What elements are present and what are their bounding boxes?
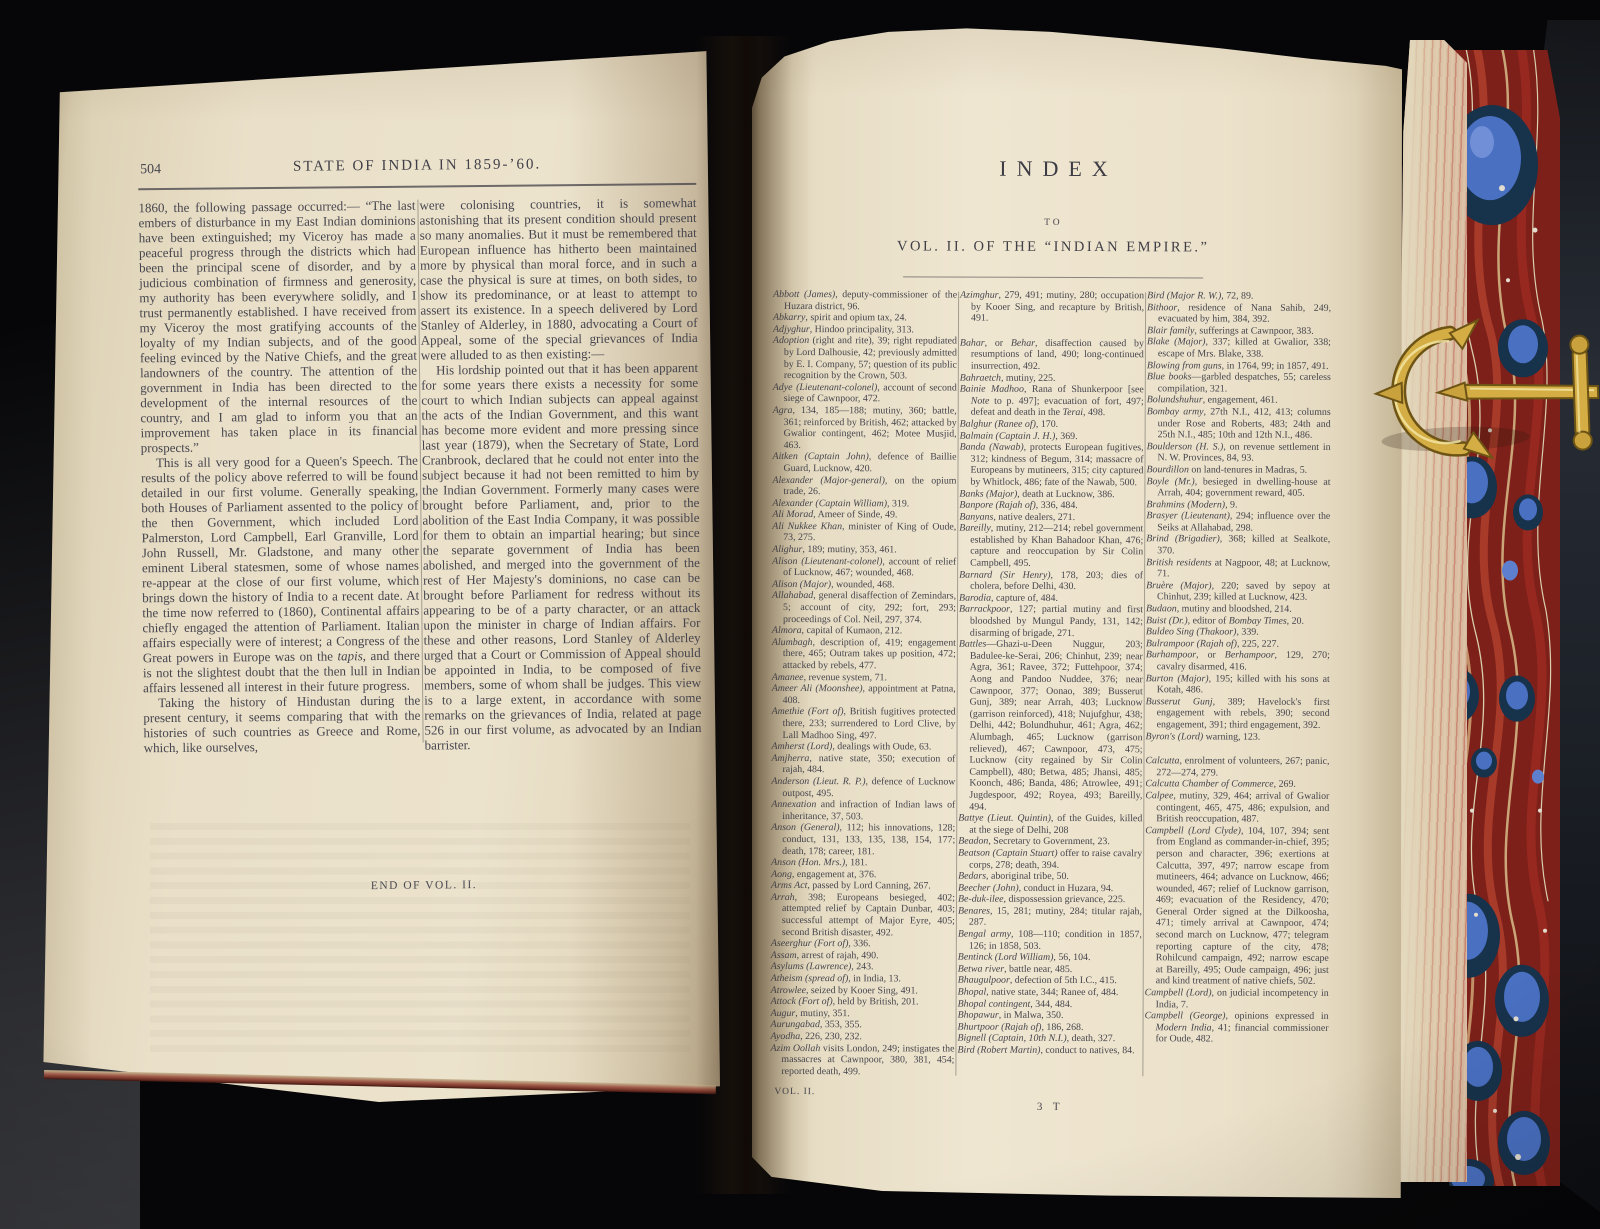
index-columns: Abbott (James), deputy-commissioner of t… bbox=[770, 289, 1333, 1079]
photo-open-antique-book: 504 STATE OF INDIA IN 1859-’60. 1860, th… bbox=[0, 0, 1600, 1229]
index-entry: Bhopal contingent, 344, 484. bbox=[958, 998, 1142, 1010]
index-entry: Balmain (Captain J. H.), 369. bbox=[960, 430, 1144, 442]
index-entry: Amanee, revenue system, 71. bbox=[772, 672, 956, 684]
index-entry: Amjherra, native state, 350; execution o… bbox=[771, 753, 955, 777]
index-entry: Blair family, sufferings at Cawnpoor, 38… bbox=[1147, 325, 1331, 337]
index-entry: Bedars, aboriginal tribe, 50. bbox=[958, 871, 1142, 883]
index-entry: Bombay army, 27th N.I., 412, 413; column… bbox=[1147, 406, 1331, 441]
index-entry: Assam, arrest of rajah, 490. bbox=[771, 950, 955, 962]
index-entry: Byron's (Lord) warning, 123. bbox=[1146, 731, 1330, 743]
index-entry: Banda (Nawab), protects European fugitiv… bbox=[959, 442, 1143, 489]
index-entry: Bolundshuhur, engagement, 461. bbox=[1147, 395, 1331, 407]
body-paragraph: This is all very good for a Queen's Spee… bbox=[141, 453, 420, 696]
index-entry: Bengal army, 108—110; condition in 1857,… bbox=[958, 929, 1142, 953]
index-column-2: Azimghur, 279, 491; mutiny, 280; occupat… bbox=[957, 290, 1144, 1079]
index-entry: Bahraetch, mutiny, 225. bbox=[960, 372, 1144, 384]
index-subtitle: VOL. II. OF THE “INDIAN EMPIRE.” bbox=[773, 238, 1333, 257]
index-entry: Busserut Gunj, 389; Havelock's first eng… bbox=[1146, 696, 1330, 731]
index-entry: Alexander (Captain William), 319. bbox=[772, 498, 956, 510]
left-page-columns: 1860, the following passage occurred:— “… bbox=[138, 195, 701, 755]
index-column-1: Abbott (James), deputy-commissioner of t… bbox=[770, 289, 957, 1078]
index-entry: Barnard (Sir Henry), 178, 203; dies of c… bbox=[959, 569, 1143, 593]
body-paragraph: His lordship pointed out that it has bee… bbox=[421, 360, 702, 753]
left-page-content: 504 STATE OF INDIA IN 1859-’60. 1860, th… bbox=[33, 45, 725, 1105]
left-column-2: were colonising countries, it is somewha… bbox=[419, 195, 701, 753]
signature-mark: 3 T bbox=[770, 1100, 1330, 1114]
index-entry: Anson (Hon. Mrs.), 181. bbox=[771, 857, 955, 869]
end-of-volume-line: END OF VOL. II. bbox=[145, 877, 703, 894]
index-entry: Asylums (Lawrence), 243. bbox=[771, 961, 955, 973]
index-entry: Adye (Lieutenant-colonel), account of se… bbox=[773, 382, 957, 406]
index-entry: Annexation and infraction of Indian laws… bbox=[771, 799, 955, 823]
index-entry: Anderson (Lieut. R. P.), defence of Luck… bbox=[771, 776, 955, 800]
index-entry: Alumbagh, description of, 419; engagemen… bbox=[772, 637, 956, 672]
index-entry: Bahar, or Behar, disaffection caused by … bbox=[960, 337, 1144, 372]
index-entry: Attock (Fort of), held by British, 201. bbox=[771, 996, 955, 1008]
index-entry: Adoption (right and rite), 39; right rep… bbox=[773, 335, 957, 382]
index-entry: Campbell (Lord Clyde), 104, 107, 394; se… bbox=[1145, 825, 1330, 988]
index-entry: Abkarry, spirit and opium tax, 24. bbox=[773, 312, 957, 324]
index-entry: Bhaugulpoor, defection of 5th I.C., 415. bbox=[958, 975, 1142, 987]
index-entry: Aitken (Captain John), defence of Bailli… bbox=[772, 451, 956, 475]
index-entry: Alexander (Major-general), on the opium … bbox=[772, 474, 956, 498]
index-entry: Bainie Madhoo, Rana of Shunkerpoor [see … bbox=[960, 384, 1144, 419]
index-entry: Brind (Brigadier), 368; killed at Sealko… bbox=[1146, 534, 1330, 558]
index-entry: Bhurtpoor (Rajah of), 186, 268. bbox=[958, 1021, 1142, 1033]
index-entry: Almora, capital of Kumaon, 212. bbox=[772, 625, 956, 637]
body-paragraph: 1860, the following passage occurred:— “… bbox=[138, 198, 417, 456]
body-paragraph: were colonising countries, it is somewha… bbox=[419, 195, 698, 363]
index-entry: Bourdillon on land-tenures in Madras, 5. bbox=[1146, 464, 1330, 476]
index-entry: Beadon, Secretary to Government, 23. bbox=[958, 836, 1142, 848]
index-entry: Atheism (spread of), in India, 13. bbox=[771, 973, 955, 985]
index-entry: Adjyghur, Hindoo principality, 313. bbox=[773, 324, 957, 336]
index-entry: Boulderson (H. S.), on revenue settlemen… bbox=[1147, 441, 1331, 465]
index-entry: Battye (Lieut. Quintin), of the Guides, … bbox=[958, 813, 1142, 837]
header-rule bbox=[138, 183, 696, 190]
index-entry: Calcutta Chamber of Commerce, 269. bbox=[1145, 779, 1329, 791]
index-title: INDEX bbox=[774, 155, 1334, 183]
index-entry: Arrah, 398; Europeans besieged, 402; att… bbox=[771, 892, 955, 939]
index-entry: Ayodha, 226, 230, 232. bbox=[770, 1031, 954, 1043]
index-entry: Bareilly, mutiny, 212—214; rebel governm… bbox=[959, 523, 1143, 570]
index-entry: Burton (Major), 195; killed with his son… bbox=[1146, 673, 1330, 697]
left-page: 504 STATE OF INDIA IN 1859-’60. 1860, th… bbox=[38, 48, 720, 1102]
index-entry: Allahabad, general disaffection of Zemin… bbox=[772, 590, 956, 625]
index-entry: Amethie (Fort of), British fugitives pro… bbox=[772, 706, 956, 741]
index-entry: Blake (Major), 337; killed at Gwalior, 3… bbox=[1147, 337, 1331, 361]
index-entry: Barrackpoor, 127; partial mutiny and fir… bbox=[959, 604, 1143, 639]
index-entry: Bird (Robert Martin), conduct to natives… bbox=[957, 1045, 1141, 1057]
index-entry: Beatson (Captain Stuart) offer to raise … bbox=[958, 847, 1142, 871]
index-entry: Bignell (Captain, 10th N.I.), death, 327… bbox=[957, 1033, 1141, 1045]
index-entry: Augur, mutiny, 351. bbox=[771, 1008, 955, 1020]
index-entry: Bhopal, native state, 344; Ranee of, 484… bbox=[958, 987, 1142, 999]
index-entry: Anson (General), 112; his innovations, 1… bbox=[771, 822, 955, 857]
index-entry: Ali Morad, Ameer of Sinde, 49. bbox=[772, 509, 956, 521]
index-entry: Bentinck (Lord William), 56, 104. bbox=[958, 952, 1142, 964]
anchor-clasp-icon bbox=[1368, 318, 1600, 468]
index-entry: Azim Oollah visits London, 249; instigat… bbox=[770, 1043, 954, 1078]
index-entry: Blowing from guns, in 1764, 99; in 1857,… bbox=[1147, 360, 1331, 372]
index-entry: Betwa river, battle near, 485. bbox=[958, 963, 1142, 975]
index-entry: Balghur (Ranee of), 170. bbox=[960, 419, 1144, 431]
index-entry: Alison (Lieutenant-colonel), account of … bbox=[772, 556, 956, 580]
index-entry: Bruère (Major), 220; saved by sepoy at C… bbox=[1146, 580, 1330, 604]
index-entry: Buldeo Sing (Thakoor), 339. bbox=[1146, 626, 1330, 638]
index-entry: Boyle (Mr.), besieged in dwelling-house … bbox=[1146, 476, 1330, 500]
index-entry: Barodia, capture of, 484. bbox=[959, 592, 1143, 604]
index-entry: Banks (Major), death at Lucknow, 386. bbox=[959, 488, 1143, 500]
index-entry: British residents at Nagpoor, 48; at Luc… bbox=[1146, 557, 1330, 581]
index-entry: Benares, 15, 281; mutiny, 284; titular r… bbox=[958, 905, 1142, 929]
index-entry: Budaon, mutiny and bloodshed, 214. bbox=[1146, 603, 1330, 615]
index-entry: Bulrampoor (Rajah of), 225, 227. bbox=[1146, 638, 1330, 650]
index-entry: Agra, 134, 185—188; mutiny, 360; battle,… bbox=[773, 405, 957, 452]
index-entry: Abbott (James), deputy-commissioner of t… bbox=[773, 289, 957, 313]
index-entry: Campbell (Lord), on judicial incompetenc… bbox=[1145, 987, 1329, 1011]
index-entry: Calpee, mutiny, 329, 464; arrival of Gwa… bbox=[1145, 790, 1329, 825]
index-entry: Azimghur, 279, 491; mutiny, 280; occupat… bbox=[960, 290, 1144, 325]
title-rule bbox=[903, 276, 1203, 278]
index-entry: Battles—Ghazi-u-Deen Nuggur, 203; Badule… bbox=[958, 639, 1143, 814]
index-column-3: Bird (Major R. W.), 72, 89.Bithoor, resi… bbox=[1144, 290, 1331, 1079]
volume-footline: VOL. II. bbox=[774, 1087, 815, 1097]
index-entry: Bhopawur, in Malwa, 350. bbox=[958, 1010, 1142, 1022]
index-entry: Banpore (Rajah of), 336, 484. bbox=[959, 500, 1143, 512]
index-entry: Ameer Ali (Moonshee), appointment at Pat… bbox=[772, 683, 956, 707]
index-entry: Buist (Dr.), editor of Bombay Times, 20. bbox=[1146, 615, 1330, 627]
index-entry: Brasyer (Lieutenant), 294; influence ove… bbox=[1146, 511, 1330, 535]
index-entry: Campbell (George), opinions expressed in… bbox=[1144, 1010, 1328, 1045]
index-entry: Alison (Major), wounded, 468. bbox=[772, 579, 956, 591]
index-entry: Burhampoor, or Berhampoor, 129, 270; cav… bbox=[1146, 650, 1330, 674]
index-entry: Be-duk-ilee, dispossession grievance, 22… bbox=[958, 894, 1142, 906]
index-entry: Calcutta, enrolment of volunteers, 267; … bbox=[1145, 755, 1329, 779]
index-entry: Aong, engagement at, 376. bbox=[771, 869, 955, 881]
index-entry: Alighur, 189; mutiny, 353, 461. bbox=[772, 544, 956, 556]
body-paragraph: Taking the history of Hindustan during t… bbox=[143, 693, 421, 756]
index-entry: Bird (Major R. W.), 72, 89. bbox=[1147, 290, 1331, 302]
left-column-1: 1860, the following passage occurred:— “… bbox=[138, 198, 420, 756]
index-to-label: TO bbox=[773, 217, 1333, 229]
index-page: INDEX TO VOL. II. OF THE “INDIAN EMPIRE.… bbox=[752, 26, 1402, 1198]
index-entry: Aseerghur (Fort of), 336. bbox=[771, 938, 955, 950]
index-entry: Amherst (Lord), dealings with Oude, 63. bbox=[772, 741, 956, 753]
index-page-content: INDEX TO VOL. II. OF THE “INDIAN EMPIRE.… bbox=[750, 25, 1404, 1199]
index-entry: Ali Nukkee Khan, minister of King of Oud… bbox=[772, 521, 956, 545]
index-entry: Beecher (John), conduct in Huzara, 94. bbox=[958, 882, 1142, 894]
index-entry: Aurungabad, 353, 355. bbox=[771, 1019, 955, 1031]
index-entry: Brahmins (Modern), 9. bbox=[1146, 499, 1330, 511]
index-entry: Arms Act, passed by Lord Canning, 267. bbox=[771, 880, 955, 892]
index-entry: Bithoor, residence of Nana Sahib, 249, e… bbox=[1147, 302, 1331, 326]
index-entry: Atrowlee, seized by Kooer Sing, 491. bbox=[771, 985, 955, 997]
index-entry: Banyans, native dealers, 271. bbox=[959, 511, 1143, 523]
index-entry: Blue books—garbled despatches, 55; carel… bbox=[1147, 371, 1331, 395]
running-head: STATE OF INDIA IN 1859-’60. bbox=[138, 155, 696, 177]
